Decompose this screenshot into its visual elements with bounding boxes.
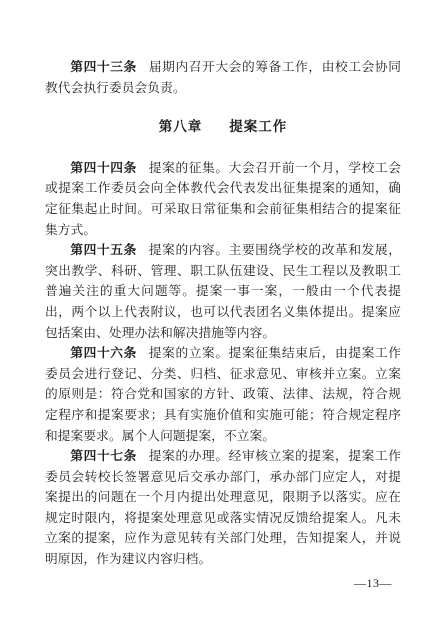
article-46-number: 第四十六条 <box>70 346 136 360</box>
article-45-text: 提案的内容。主要围绕学校的改革和发展，突出教学、科研、管理、职工队伍建设、民生工… <box>45 243 401 339</box>
chapter-heading: 第八章提案工作 <box>45 117 401 138</box>
page-number: —13— <box>354 576 392 590</box>
article-47-text: 提案的办理。经审核立案的提案，提案工作委员会转校长签署意见后交承办部门，承办部门… <box>45 449 401 566</box>
chapter-title: 提案工作 <box>229 119 287 134</box>
article-44-paragraph: 第四十四条提案的征集。大会召开前一个月，学校工会或提案工作委员会向全体教代会代表… <box>45 158 401 240</box>
article-44-number: 第四十四条 <box>70 161 136 175</box>
article-43-number: 第四十三条 <box>70 60 136 74</box>
article-47-paragraph: 第四十七条提案的办理。经审核立案的提案，提案工作委员会转校长签署意见后交承办部门… <box>45 446 401 570</box>
article-47-number: 第四十七条 <box>70 449 136 463</box>
article-45-paragraph: 第四十五条提案的内容。主要围绕学校的改革和发展，突出教学、科研、管理、职工队伍建… <box>45 240 401 343</box>
article-46-text: 提案的立案。提案征集结束后，由提案工作委员会进行登记、分类、归档、征求意见、审核… <box>45 346 401 442</box>
chapter-label: 第八章 <box>159 119 203 134</box>
article-46-paragraph: 第四十六条提案的立案。提案征集结束后，由提案工作委员会进行登记、分类、归档、征求… <box>45 343 401 446</box>
article-45-number: 第四十五条 <box>70 243 136 257</box>
article-43-paragraph: 第四十三条届期内召开大会的筹备工作，由校工会协同教代会执行委员会负责。 <box>45 57 401 98</box>
document-content: 第四十三条届期内召开大会的筹备工作，由校工会协同教代会执行委员会负责。 第八章提… <box>45 57 401 570</box>
document-page: 第四十三条届期内召开大会的筹备工作，由校工会协同教代会执行委员会负责。 第八章提… <box>0 0 447 635</box>
